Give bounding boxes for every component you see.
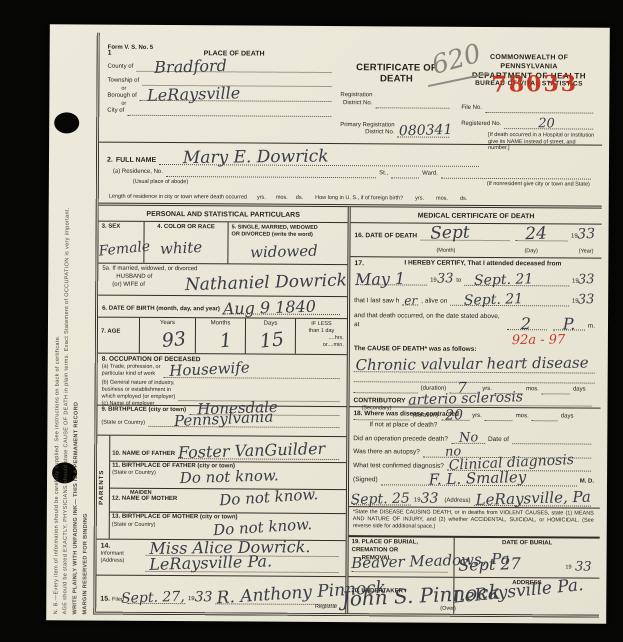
- burial-date-cell: DATE OF BURIAL Sept 27 19 33: [453, 538, 599, 578]
- q18-label: 18. Where was disease contracted: [353, 410, 594, 420]
- dotted-line: [375, 100, 449, 108]
- informant-row: 14. Informant (Address) Miss Alice Dowri…: [96, 540, 345, 578]
- dotted-line: No: [451, 436, 485, 444]
- mos-label: mos.: [276, 195, 288, 202]
- primary-registration-line: Primary RegistrationDistrict No. 080341: [340, 122, 452, 138]
- date-of-death-row: 16. DATE OF DEATH Sept 24 19 33 (Month) …: [350, 223, 601, 259]
- attended-from-value: May 1: [355, 271, 406, 288]
- file-number-stamp: 78033: [491, 71, 578, 98]
- residence-row: (a) Residence, No. St., Ward. (Usual pla…: [99, 167, 602, 194]
- borough-label: Borough of: [107, 93, 136, 101]
- contributory-label: CONTRIBUTORY: [354, 397, 406, 406]
- parents-label: PARENTS: [99, 469, 107, 504]
- city-label: City of: [107, 108, 124, 116]
- operation-label: Did an operation precede death?: [353, 435, 448, 444]
- signed-year-value: 33: [421, 491, 439, 505]
- dotted-line: P.: [553, 322, 585, 330]
- dotted-line: [485, 105, 593, 114]
- age-years-cell: Years 93: [140, 318, 196, 353]
- sex-race-marital-row: 3. SEX Female 4. COLOR OR RACE white 5. …: [98, 222, 347, 266]
- informant-value-cell: Miss Alice Dowrick. LeRaysville Pa.: [142, 540, 345, 576]
- abode-sublabel: (Usual place of abode): [133, 179, 188, 186]
- years-label: Years: [143, 320, 192, 328]
- year-sublabel: (Year): [579, 249, 594, 256]
- county-label: County of: [108, 64, 134, 72]
- nonresident-sublabel: (If nonresident give city or town and St…: [487, 181, 590, 189]
- date-of-label: Date of: [488, 436, 509, 445]
- age-days-value: 15: [259, 330, 285, 351]
- last-saw-text: that I last saw h: [354, 297, 399, 306]
- full-name-number: 2.: [107, 156, 113, 165]
- cause-line2: [354, 372, 595, 383]
- death-day-value: 24: [525, 226, 547, 244]
- yrs-label: yrs.: [415, 196, 424, 203]
- dotted-line: Foster VanGuilder: [178, 451, 339, 460]
- dotted-line: Sept. 21: [450, 298, 569, 307]
- question-18-block: 18. Where was disease contracted If not …: [349, 407, 601, 509]
- certify-cause-block: 17. I HEREBY CERTIFY, That I attended de…: [349, 257, 601, 409]
- race-value: white: [160, 240, 203, 257]
- date-of-birth-row: 6. DATE OF BIRTH (month, day, and year) …: [98, 296, 347, 320]
- two-column-area: PERSONAL AND STATISTICAL PARTICULARS 3. …: [96, 206, 601, 615]
- mos-label: mos.: [526, 386, 539, 394]
- dotted-line: May 1: [357, 277, 427, 285]
- death-month-value: Sept: [430, 224, 470, 242]
- primary-registration-value: 080341: [399, 123, 453, 139]
- city-line: City of: [107, 107, 334, 116]
- printed-19: 19: [565, 565, 571, 572]
- burial-row: 19. PLACE OF BURIAL, CREMATION ORREMOVAL…: [348, 537, 599, 579]
- borough-line: Borough of LeRaysville: [107, 93, 334, 102]
- dotted-line: Housewife: [163, 370, 339, 379]
- attended-to-value: Sept. 21: [474, 272, 534, 288]
- cause-code-value: 92a - 97: [511, 333, 565, 347]
- dotted-line: [512, 436, 591, 444]
- alive-on-text: , alive on: [421, 297, 447, 306]
- birthplace-state-line: (State or Country) Pennsylvania: [101, 419, 342, 428]
- occupation-a-value: Housewife: [169, 361, 250, 380]
- race-cell: 4. COLOR OR RACE white: [144, 222, 228, 264]
- to-label: to: [456, 278, 461, 286]
- autopsy-label: Was there an autopsy?: [353, 448, 420, 457]
- father-name-row: 10. NAME OF FATHER Foster VanGuilder: [110, 436, 346, 463]
- informant-address-value: LeRaysville Pa.: [149, 553, 272, 573]
- dob-label: 6. DATE OF BIRTH (month, day, and year): [102, 306, 220, 315]
- dotted-line: LeRaysville, Pa: [473, 498, 591, 507]
- dotted-line: [542, 386, 570, 394]
- birthplace-row: 9. BIRTHPLACE (city or town) Honesdale (…: [97, 406, 346, 438]
- dob-value: Aug 9 1840: [222, 299, 316, 318]
- filed-year-value: 33: [195, 590, 213, 604]
- days-label: Days: [249, 321, 292, 329]
- dotted-line: [441, 171, 591, 180]
- spouse-value: Nathaniel Dowrick: [185, 272, 347, 294]
- age-less-cell: IF LESS than 1 day ....hrs. or....min.: [296, 319, 347, 354]
- printed-19: 19: [430, 278, 437, 286]
- occupation-a-line: (a) Trade, profession, orparticular kind…: [102, 364, 343, 379]
- age-months-value: 1: [219, 331, 233, 351]
- primary-registration-label: Primary RegistrationDistrict No.: [340, 122, 394, 138]
- m-label: m.: [588, 322, 595, 330]
- registrar-label: Registrar: [315, 604, 337, 611]
- her-value: er: [404, 295, 417, 307]
- operation-value: No: [459, 432, 479, 446]
- month-sublabel: (Month): [436, 248, 455, 255]
- parents-strip: PARENTS: [97, 436, 111, 539]
- physician-address-value: LeRaysville, Pa: [475, 489, 591, 507]
- dotted-line: F. L. Smalley: [381, 477, 577, 486]
- filed-date-value: Sept. 27,: [121, 590, 185, 606]
- dotted-line: 24: [516, 233, 568, 241]
- certify-line2: that I last saw h er , alive on Sept. 21…: [354, 292, 595, 306]
- occupation-a-label: (a) Trade, profession, orparticular kind…: [102, 364, 161, 378]
- dotted-line: er: [402, 298, 418, 306]
- personal-column: PERSONAL AND STATISTICAL PARTICULARS 3. …: [96, 206, 350, 614]
- ds-label: ds.: [460, 196, 467, 203]
- attended-from-year: 33: [436, 272, 453, 285]
- registration-district-line: RegistrationDistrict No.: [340, 92, 452, 108]
- signed-date-line: Sept. 25 19 33 (Address) LeRaysville, Pa: [353, 491, 594, 506]
- last-saw-date-value: Sept. 21: [464, 292, 524, 308]
- medical-header: MEDICAL CERTIFICATE OF DEATH: [351, 207, 602, 225]
- dotted-line: [166, 169, 376, 178]
- burial-place-cell: 19. PLACE OF BURIAL, CREMATION ORREMOVAL…: [348, 537, 453, 577]
- spouse-row: 5a. If married, widowed, or divorced HUS…: [98, 264, 347, 298]
- howlong-label: How long in U. S., if of foreign birth?: [315, 195, 403, 202]
- age-row: 7. AGE Years 93 Months 1 Days 15 IF LES: [98, 318, 347, 356]
- length-label: Length of residence in city or town wher…: [109, 194, 247, 202]
- day-sublabel: (Day): [524, 248, 537, 255]
- borough-value: LeRaysville: [147, 85, 241, 104]
- father-value: Foster VanGuilder: [178, 440, 326, 460]
- occupation-b-label: (b) General nature of industry,business …: [102, 380, 176, 401]
- test-label: What test confirmed diagnosis?: [353, 462, 444, 471]
- county-line: County of Bradford: [108, 64, 335, 73]
- margin-note-reserved: MARGIN RESERVED FOR BINDING: [82, 59, 91, 615]
- dotted-line: Sept. 21: [464, 278, 569, 287]
- birthplace-sublabel: (State or Country): [101, 420, 145, 427]
- place-number: 1: [108, 49, 134, 58]
- age-months-cell: Months 1: [196, 318, 246, 353]
- ds-label: ds.: [296, 195, 303, 202]
- attended-to-year: 33: [578, 273, 595, 286]
- dotted-line: Aug 9 1840: [223, 306, 340, 315]
- certify-line1: May 1 19 33 to Sept. 21 19 33: [354, 272, 595, 286]
- marital-value: widowed: [250, 244, 318, 261]
- hospital-note: [If death occurred in a Hospital or Inst…: [488, 132, 596, 153]
- birthplace-state-value: Pennsylvania: [173, 409, 273, 429]
- certify-number: 17.: [354, 259, 376, 268]
- age-years-value: 93: [161, 330, 187, 351]
- sex-value: Female: [98, 240, 151, 259]
- dotted-line: Mary E. Dowrick: [159, 157, 479, 167]
- mother-birthplace-value: Do not know.: [213, 517, 313, 538]
- sex-cell: 3. SEX Female: [98, 222, 144, 263]
- days-label: days: [573, 387, 586, 395]
- certificate-form: Form V. S. No. 5 1 PLACE OF DEATH County…: [93, 33, 603, 618]
- sex-label: 3. SEX: [102, 224, 141, 232]
- date-of-death-label: 16. DATE OF DEATH: [355, 232, 418, 241]
- margin-note-write-plainly: WRITE PLAINLY WITH UNFADING INK— THIS IS…: [72, 58, 81, 614]
- md-label: M. D.: [580, 478, 594, 486]
- dotted-line: LeRaysville: [140, 93, 332, 102]
- filed-row: 15. Filed Sept. 27, 19 33 R. Anthony Pin…: [96, 576, 345, 614]
- header-band: 1 PLACE OF DEATH County of Bradford Town…: [99, 47, 603, 146]
- burial-date-label: DATE OF BURIAL: [458, 540, 597, 549]
- registered-number-line: Registered No. 20: [461, 120, 596, 129]
- cause-line1: Chronic valvular heart disease: [354, 357, 595, 373]
- township-label: Township of: [107, 78, 139, 86]
- last-saw-year: 33: [578, 293, 595, 306]
- signed-date-value: Sept. 25: [350, 491, 410, 507]
- full-name-label: FULL NAME: [116, 156, 156, 165]
- mother-birthplace-row: 13. BIRTHPLACE OF MOTHER (city or town) …: [110, 513, 346, 540]
- informant-label-cell: 14. Informant (Address): [96, 540, 142, 575]
- file-number-line: File No.: [461, 104, 596, 113]
- signed-line: (Signed) F. L. Smalley M. D.: [353, 476, 594, 486]
- margin-note-nb2: AGE should be stated EXACTLY, PHYSICIANS…: [62, 58, 71, 614]
- certify-line3: and that death occurred, on the date sta…: [354, 312, 595, 330]
- mos-label: mos.: [436, 196, 448, 203]
- cause-value: Chronic valvular heart disease: [356, 355, 589, 373]
- race-label: 4. COLOR OR RACE: [148, 224, 225, 232]
- burial-date-value: Sept 27: [458, 556, 521, 574]
- street-label: St.,: [379, 171, 388, 179]
- mother-name-row: MAIDEN 12. NAME OF MOTHER Do not know.: [110, 488, 346, 514]
- dotted-line: Sept: [420, 233, 510, 242]
- marital-label: 5. SINGLE, MARRIED, WIDOWEDOR DIVORCED (…: [232, 224, 345, 238]
- age-label-cell: 7. AGE: [98, 318, 140, 353]
- address-sublabel: (Address): [444, 498, 470, 506]
- registered-number-value: 20: [538, 117, 555, 130]
- dotted-line: Bradford: [136, 64, 331, 73]
- dotted-line: 2: [507, 322, 547, 330]
- dotted-line: LeRaysville Pa.: [145, 560, 338, 573]
- age-label: 7. AGE: [101, 329, 120, 335]
- mother-value: Do not know.: [219, 487, 319, 508]
- certify-text: I HEREBY CERTIFY, That I attended deceas…: [376, 259, 595, 269]
- death-occurred-text: and that death occurred, on the date sta…: [354, 312, 504, 330]
- certificate-title-block: CERTIFICATE OF DEATH 620 RegistrationDis…: [337, 48, 456, 144]
- informant-number: 14.: [101, 542, 141, 551]
- filed-number: 15.: [100, 595, 110, 604]
- if-less-min: or....min.: [299, 341, 344, 348]
- scanned-death-certificate: { "margin": { "nb": "N. B.—Every item of…: [0, 0, 623, 642]
- file-number-label: File No.: [461, 105, 482, 113]
- father-label: 10. NAME OF FATHER: [112, 451, 175, 459]
- physician-signature: F. L. Smalley: [428, 469, 526, 487]
- informant-address-label: (Address): [101, 558, 141, 565]
- death-year-value: 33: [577, 227, 595, 242]
- cause-of-death-label: The CAUSE OF DEATH* was as follows:: [354, 345, 477, 353]
- residence-line: (a) Residence, No. St., Ward.: [113, 169, 594, 180]
- parents-block: PARENTS 10. NAME OF FATHER Foster VanGui…: [97, 436, 347, 542]
- contributory-value: arterio sclerosis: [408, 391, 523, 408]
- dotted-line: Sept. 27,: [127, 596, 185, 604]
- certificate-paper: N. B.—Every item of information should b…: [46, 24, 610, 623]
- burial-year-value: 33: [575, 561, 592, 574]
- dotted-line: [127, 108, 331, 117]
- parents-rows: 10. NAME OF FATHER Foster VanGuilder 11.…: [110, 436, 347, 540]
- residence-label: (a) Residence, No.: [113, 169, 163, 177]
- registered-number-label: Registered No.: [461, 121, 501, 129]
- place-of-death-block: 1 PLACE OF DEATH County of Bradford Town…: [99, 47, 338, 143]
- marital-cell: 5. SINGLE, MARRIED, WIDOWEDOR DIVORCED (…: [228, 222, 347, 264]
- father-birthplace-value: Do not know.: [180, 468, 279, 486]
- full-name-value: Mary E. Dowrick: [183, 148, 329, 167]
- margin-note-nb: N. B.—Every item of information should b…: [53, 58, 62, 614]
- footnote-block: *State the DISEASE CAUSING DEATH, or in …: [349, 507, 600, 539]
- medical-column: MEDICAL CERTIFICATE OF DEATH 16. DATE OF…: [348, 207, 601, 615]
- dotted-line: arterio sclerosis: [409, 398, 592, 407]
- age-days-cell: Days 15: [246, 318, 296, 353]
- dotted-line: Pennsylvania: [148, 419, 339, 428]
- death-ampm-value: P.: [563, 316, 576, 332]
- dotted-line: 080341: [397, 130, 449, 138]
- dotted-line: Sept. 25: [353, 497, 411, 505]
- operation-line: Did an operation precede death? No Date …: [353, 435, 594, 445]
- yrs-label: yrs.: [257, 195, 266, 202]
- months-label: Months: [199, 320, 242, 328]
- signed-label: (Signed): [353, 476, 378, 485]
- date-of-death-line: 16. DATE OF DEATH Sept 24 19 33: [355, 226, 596, 241]
- dotted-line: 20: [504, 121, 593, 130]
- personal-header: PERSONAL AND STATISTICAL PARTICULARS: [99, 206, 348, 224]
- ward-label: Ward.: [422, 171, 438, 179]
- registration-district-label: RegistrationDistrict No.: [340, 92, 372, 108]
- county-value: Bradford: [154, 58, 227, 76]
- dotted-line: [391, 170, 419, 178]
- death-hour-value: 2: [521, 316, 531, 332]
